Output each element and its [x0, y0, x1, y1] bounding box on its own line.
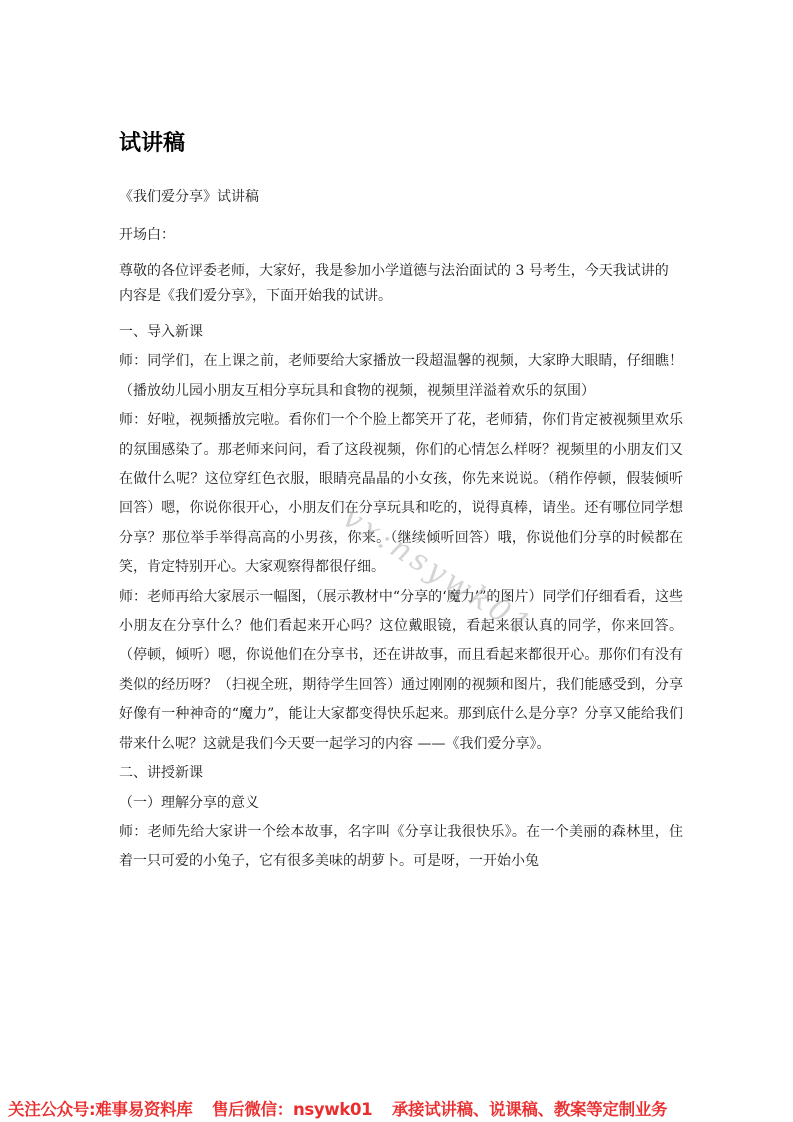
- document-body: 一、导入新课 师：同学们，在上课之前，老师要给大家播放一段超温馨的视频，大家睁大…: [119, 318, 683, 877]
- intro-paragraph: 尊敬的各位评委老师，大家好，我是参加小学道德与法治面试的 3 号考生，今天我试讲…: [119, 259, 679, 309]
- section-heading-teaching: 二、讲授新课: [119, 759, 683, 788]
- opening-label: 开场白：: [119, 224, 175, 244]
- paragraph: 师：老师先给大家讲一个绘本故事，名字叫《分享让我很快乐》。在一个美丽的森林里，住…: [119, 818, 683, 877]
- footer-services: 承接试讲稿、说课稿、教案等定制业务: [392, 1100, 667, 1119]
- lesson-subtitle: 《我们爱分享》试讲稿: [119, 186, 259, 206]
- footer-banner: 关注公众号:难事易资料库 售后微信：nsywk01 承接试讲稿、说课稿、教案等定…: [8, 1096, 793, 1120]
- paragraph: 师：同学们，在上课之前，老师要给大家播放一段超温馨的视频，大家睁大眼睛，仔细瞧！…: [119, 347, 683, 406]
- section-heading-intro: 一、导入新课: [119, 318, 683, 347]
- subsection-heading: （一）理解分享的意义: [119, 789, 683, 818]
- document-title: 试讲稿: [119, 126, 185, 157]
- document-page: 试讲稿 《我们爱分享》试讲稿 开场白： 尊敬的各位评委老师，大家好，我是参加小学…: [0, 0, 793, 1122]
- paragraph: 师：好啦，视频播放完啦。看你们一个个脸上都笑开了花，老师猜，你们肯定被视频里欢乐…: [119, 406, 683, 582]
- footer-public-account: 关注公众号:难事易资料库: [8, 1100, 193, 1119]
- footer-wechat: 售后微信：nsywk01: [212, 1100, 372, 1119]
- paragraph: 师：老师再给大家展示一幅图，（展示教材中“分享的‘魔力’”的图片）同学们仔细看看…: [119, 583, 683, 759]
